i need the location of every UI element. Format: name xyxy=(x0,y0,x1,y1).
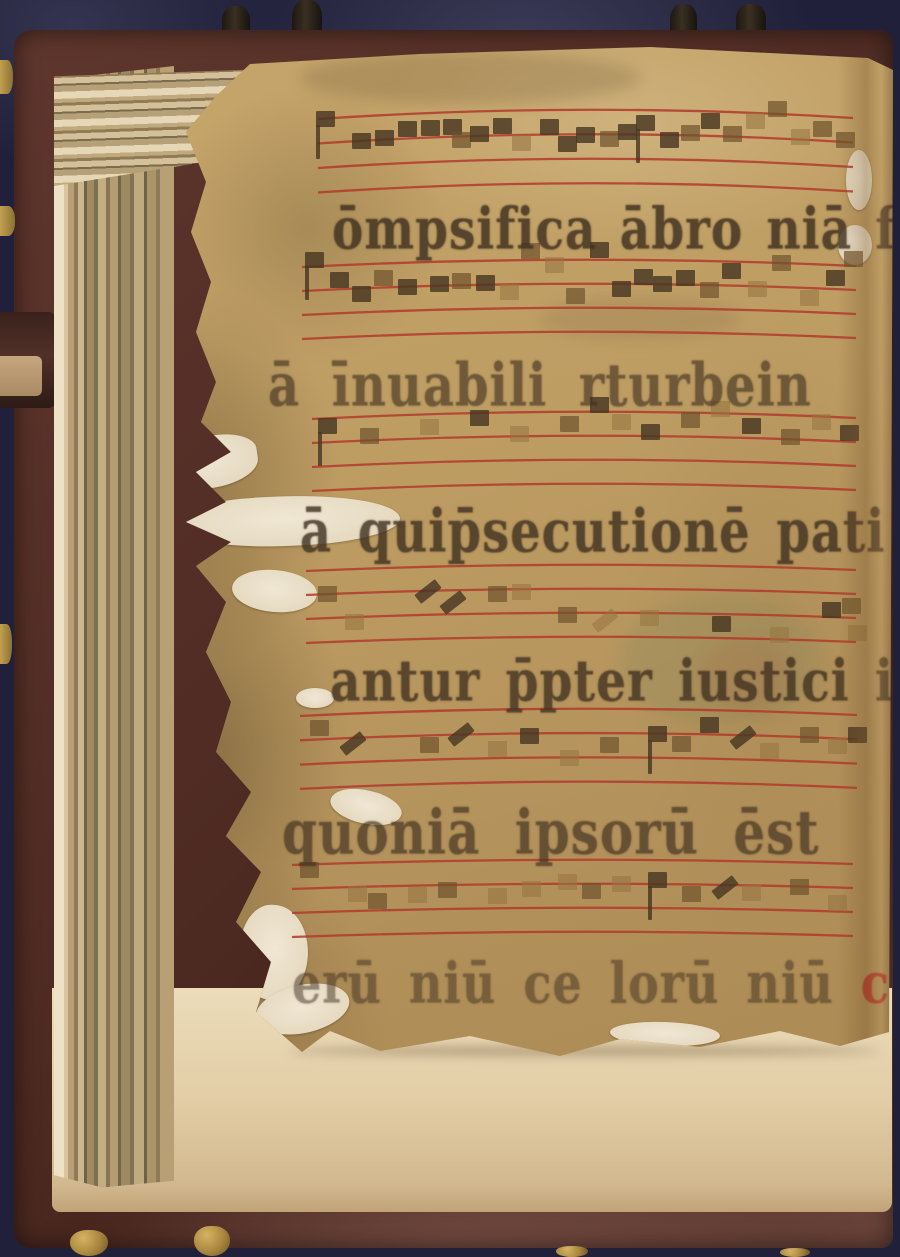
neume-punctum xyxy=(746,113,765,129)
neume-punctum xyxy=(452,273,471,289)
chant-text-line-6: erū niū ce lorū niū cō. xyxy=(292,950,900,1016)
neume-punctum xyxy=(682,886,701,902)
staff-line xyxy=(312,436,856,443)
brass-clasp-fitting-icon xyxy=(0,624,12,664)
neume-punctum xyxy=(576,127,595,143)
chant-text-line-3: ā quip̄secutionē pati xyxy=(300,498,885,566)
neume-punctum xyxy=(640,610,659,626)
staff-line xyxy=(306,613,856,619)
neume-punctum xyxy=(398,121,417,137)
staff-line xyxy=(312,484,856,491)
brass-clasp-fitting-icon xyxy=(0,60,13,94)
neume-punctum xyxy=(600,131,619,147)
neume-punctum xyxy=(612,876,631,892)
staff-line xyxy=(292,932,853,937)
neume-punctum xyxy=(520,728,539,744)
neume-punctum xyxy=(540,119,559,135)
chant-text-line-1: ōmpsifica ābro niā filij xyxy=(332,196,900,263)
neume-punctum xyxy=(722,263,741,279)
neume-punctum xyxy=(558,874,577,890)
staff-line xyxy=(312,460,856,467)
neume-punctum xyxy=(800,290,819,306)
neume-stem xyxy=(305,266,309,300)
neume-punctum xyxy=(660,132,679,148)
neume-punctum xyxy=(318,586,337,602)
staff-line xyxy=(306,589,856,595)
neume-punctum xyxy=(360,428,379,444)
neume-punctum xyxy=(310,720,329,736)
neume-punctum xyxy=(600,737,619,753)
neume-punctum xyxy=(522,881,541,897)
neume-punctum xyxy=(558,607,577,623)
neume-punctum xyxy=(558,136,577,152)
chant-text-line-2: ā īnuabili rturbein xyxy=(268,352,812,420)
neume-punctum xyxy=(812,414,831,430)
neume-punctum xyxy=(791,129,810,145)
neume-punctum xyxy=(374,270,393,286)
neume-punctum xyxy=(700,282,719,298)
neume-punctum xyxy=(420,737,439,753)
neume-punctum xyxy=(672,736,691,752)
neume-punctum xyxy=(421,120,440,136)
neume-stem xyxy=(636,129,640,163)
neume-punctum xyxy=(742,885,761,901)
chant-text-line-6-words: erū niū ce lorū niū xyxy=(292,950,834,1016)
neume-punctum xyxy=(641,424,660,440)
neume-punctum xyxy=(352,133,371,149)
neume-punctum xyxy=(748,281,767,297)
neume-punctum xyxy=(488,741,507,757)
neume-punctum xyxy=(676,270,695,286)
neume-punctum xyxy=(742,418,761,434)
neume-punctum xyxy=(512,584,531,600)
neume-stem xyxy=(648,886,652,920)
neume-punctum xyxy=(510,426,529,442)
neume-punctum xyxy=(398,279,417,295)
neume-punctum xyxy=(408,887,427,903)
neume-punctum xyxy=(618,124,637,140)
neume-punctum xyxy=(375,130,394,146)
neume-punctum xyxy=(800,727,819,743)
neume-punctum xyxy=(612,281,631,297)
neume-punctum xyxy=(330,272,349,288)
neume-punctum xyxy=(488,888,507,904)
neume-stem xyxy=(316,125,320,159)
neume-punctum xyxy=(345,614,364,630)
chant-text-line-4: antur p̄pter iustici iā xyxy=(330,648,900,715)
chant-text-line-5: quoniā ipsorū ēst xyxy=(282,796,819,868)
staff-line xyxy=(300,782,857,789)
neume-punctum xyxy=(653,276,672,292)
neume-punctum xyxy=(790,879,809,895)
neume-punctum xyxy=(430,276,449,292)
brass-foot-icon xyxy=(556,1246,588,1257)
staff-line xyxy=(302,332,856,339)
neume-punctum xyxy=(452,132,471,148)
neume-punctum xyxy=(566,288,585,304)
neume-punctum xyxy=(701,113,720,129)
leather-strap xyxy=(0,312,56,408)
brass-clasp-fitting-icon xyxy=(0,206,15,236)
neume-punctum xyxy=(420,419,439,435)
brass-foot-icon xyxy=(780,1248,810,1257)
neume-punctum xyxy=(470,126,489,142)
neume-punctum xyxy=(352,286,371,302)
neume-punctum xyxy=(368,893,387,909)
strap-band xyxy=(0,356,42,396)
photo-of-antiphonal-manuscript: ōmpsifica ābro niā filij ā īnuabili rtur… xyxy=(0,0,900,1257)
neume-stem xyxy=(648,740,652,774)
neume-punctum xyxy=(348,886,367,902)
staff-line xyxy=(318,159,853,168)
neume-punctum xyxy=(560,750,579,766)
neume-punctum xyxy=(493,118,512,134)
neume-punctum xyxy=(712,616,731,632)
neume-punctum xyxy=(813,121,832,137)
neume-punctum xyxy=(488,586,507,602)
neume-punctum xyxy=(438,882,457,898)
staff-line xyxy=(302,308,856,315)
neume-punctum xyxy=(512,135,531,151)
neume-stem xyxy=(318,432,322,466)
staff-line xyxy=(318,183,853,192)
staff-line xyxy=(300,733,857,740)
neume-punctum xyxy=(681,125,700,141)
brass-foot-icon xyxy=(70,1230,108,1256)
neume-punctum xyxy=(768,101,787,117)
neume-punctum xyxy=(500,284,519,300)
neume-punctum xyxy=(634,269,653,285)
neume-punctum xyxy=(700,717,719,733)
neume-punctum xyxy=(781,429,800,445)
neume-punctum xyxy=(582,883,601,899)
neume-punctum xyxy=(723,126,742,142)
neume-punctum xyxy=(476,275,495,291)
neume-punctum xyxy=(770,627,789,643)
neume-punctum xyxy=(760,743,779,759)
leaf-edge-stack xyxy=(54,66,174,1192)
brass-foot-icon xyxy=(194,1226,230,1256)
